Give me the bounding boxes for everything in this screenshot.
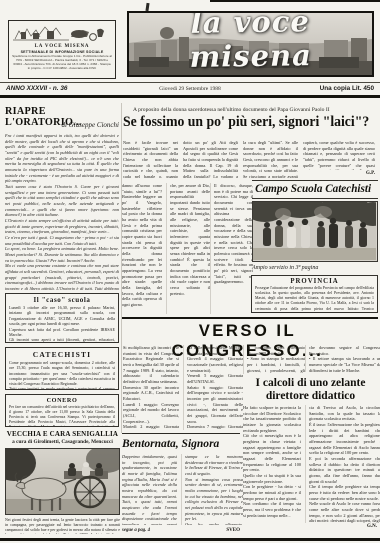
vecchia-byline: a cura di Girolimetti, Casagrande, Mencu… (5, 439, 120, 445)
campo-heading: Campo Scuola Catechisti (252, 183, 374, 195)
campo-rule-bottom (252, 198, 378, 199)
conero-body: Per fare un consuntivo dell'attività nel… (9, 405, 115, 427)
bentornata-col-2: stampa ce la mostrano desiderosa di rito… (181, 454, 243, 525)
oratorio-body: Fra i tanti manifesti apparsi in città, … (5, 133, 119, 290)
logo-box: LA VOCE MISENA SETTIMANALE DI INFORMAZIO… (8, 20, 116, 79)
oratorio-byline: di Giuseppe Cionchi (5, 121, 119, 129)
scan-artifact-top (210, 0, 380, 2)
engraving-illustration (9, 21, 113, 43)
page-bottom-rule (0, 538, 380, 541)
bentornata-headline: Bentornata, Signora (122, 436, 235, 451)
dateline-rule-bottom (0, 95, 380, 98)
catechisti-body: Come programmato nel campo-scuola, domen… (9, 360, 115, 390)
campo-scuola-photo (252, 201, 378, 262)
conero-title: CONERO (9, 397, 115, 404)
se-fossimo-kicker: A proposito della donna sacerdotessa nel… (133, 107, 379, 113)
bentornata-signature: SVEO (181, 528, 240, 533)
caso-scuola-body: Lunedì 3 ottobre alle ore 16,30, presso … (9, 305, 115, 343)
oxcart-photo (5, 448, 120, 515)
se-fossimo-cont-1: danno all'uomo come "aiuto, simile a lui… (122, 183, 162, 314)
issue-number: ANNO XXXVII - n. 36 (6, 85, 126, 92)
masthead-script-title: la voce misena (129, 11, 373, 75)
vecchia-heading: VECCHIA E CARA SENIGALLIA (5, 430, 120, 438)
calcoli-col-1: Ha fatto scalpore in provincia la circol… (243, 405, 301, 532)
catechisti-box: CATECHISTI Come programmato nel campo-sc… (5, 347, 119, 390)
se-fossimo-headline: Se fossimo un po' più seri, signori "lai… (123, 114, 369, 131)
congresso-col-3: di confronto verrà effettuato Giovedì 29… (243, 345, 305, 374)
fold-mark (145, 3, 149, 11)
masthead-photo: la voce misena (127, 11, 374, 77)
se-fossimo-cont-3: Il discorso, dunque, non è di potere ma … (210, 183, 253, 314)
copy-price: Una copia Lit. 450 (264, 85, 374, 92)
logo-title: LA VOCE MISENA (9, 44, 115, 49)
logo-details: Spedizione in Abbonamento Postale Gruppo… (9, 55, 115, 70)
calcoli-signature: G.N. (305, 524, 377, 529)
conero-box: CONERO Per fare un consuntivo dell'attiv… (5, 394, 119, 427)
campo-rule-top (252, 180, 378, 181)
caso-scuola-box: Il "caso" scuola Lunedì 3 ottobre alle o… (5, 293, 119, 343)
congresso-col-4: che dovranno seguire al Congresso Eucari… (305, 345, 380, 372)
se-fossimo-col-2: dotto un po' gli Atti degli Apostoli per… (183, 140, 238, 178)
se-fossimo-col-3: la cura degli "ultimi". Se alle donne no… (243, 140, 298, 178)
congresso-col-2: via delle Diocesi nelle Marche. Giornata… (183, 345, 243, 430)
se-fossimo-cont-2: che, per amore di Dio, portano avanti de… (166, 183, 210, 314)
congresso-rule (122, 317, 378, 319)
calcoli-headline: I calcoli di uno zelante direttore didat… (243, 377, 378, 402)
se-fossimo-col-1: Non è facile trovare nei cosiddetti "gio… (123, 140, 178, 178)
congresso-col-1: Si moltiplicano gli incontri e le riunio… (123, 345, 179, 430)
oxcart-caption: Nei giorni festivi degli anni trenta, la… (5, 518, 120, 534)
dateline-rule-top (0, 82, 380, 83)
provincia-title: PROVINCIA (255, 278, 374, 285)
calcoli-headline-line1: I calcoli di uno zelante (243, 377, 378, 390)
provincia-body: Prosegue l'attuazione del programma dell… (255, 286, 374, 313)
caso-scuola-title: Il "caso" scuola (9, 296, 115, 304)
se-fossimo-col-4: capiterà, come qualche volta è successo,… (303, 140, 375, 170)
issue-date: Giovedì 29 Settembre 1988 (120, 86, 260, 92)
se-fossimo-signature: G.P. (303, 171, 375, 176)
bentornata-rule (122, 433, 240, 434)
catechisti-title: CATECHISTI (9, 350, 115, 359)
calcoli-col-2: cia di Treviso ad Asolo, la circolare Sa… (305, 405, 380, 523)
provincia-box: PROVINCIA Prosegue l'attuazione del prog… (251, 275, 378, 313)
bentornata-col-1: Dapprima timidamente, quasi in incognito… (122, 454, 177, 525)
campo-caption: Ampio servizio in 3ª pagina (252, 265, 378, 271)
calcoli-headline-line2: direttore didattico (243, 390, 378, 403)
newspaper-front-page: LA VOCE MISENA SETTIMANALE DI INFORMAZIO… (0, 0, 380, 543)
